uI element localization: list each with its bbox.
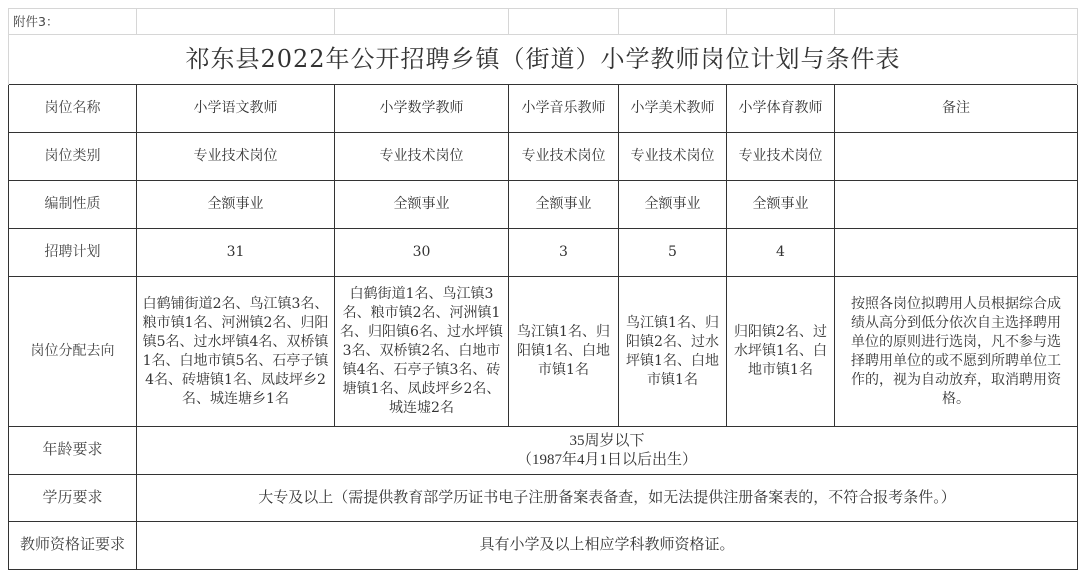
table-row-position-category: 岗位类别 专业技术岗位 专业技术岗位 专业技术岗位 专业技术岗位 专业技术岗位 bbox=[9, 133, 1078, 181]
table-cell: 鸟江镇1名、归阳镇1名、白地市镇1名 bbox=[509, 277, 619, 427]
table-cell: 5 bbox=[619, 229, 727, 277]
table-cell: 全额事业 bbox=[509, 181, 619, 229]
empty-cell bbox=[619, 9, 727, 35]
title-row: 祁东县2022年公开招聘乡镇（街道）小学教师岗位计划与条件表 bbox=[9, 35, 1078, 85]
row-label: 编制性质 bbox=[9, 181, 137, 229]
remark-note: 按照各岗位拟聘用人员根据综合成绩从高分到低分依次自主选择聘用单位的原则进行选岗，… bbox=[835, 277, 1078, 427]
recruitment-table: 附件3： 祁东县2022年公开招聘乡镇（街道）小学教师岗位计划与条件表 岗位名称… bbox=[8, 8, 1078, 570]
certificate-requirement-value: 具有小学及以上相应学科教师资格证。 bbox=[137, 522, 1078, 570]
table-cell: 31 bbox=[137, 229, 335, 277]
remark-cell bbox=[835, 181, 1078, 229]
cell-music-teacher: 小学音乐教师 bbox=[509, 85, 619, 133]
table-cell: 全额事业 bbox=[619, 181, 727, 229]
cell-math-teacher: 小学数学教师 bbox=[335, 85, 509, 133]
education-requirement-value: 大专及以上（需提供教育部学历证书电子注册备案表备查，如无法提供注册备案表的，不符… bbox=[137, 475, 1078, 522]
empty-cell bbox=[335, 9, 509, 35]
table-cell: 归阳镇2名、过水坪镇1名、白地市镇1名 bbox=[727, 277, 835, 427]
age-requirement-value: 35周岁以下 （1987年4月1日以后出生） bbox=[137, 427, 1078, 475]
attachment-row: 附件3： bbox=[9, 9, 1078, 35]
table-cell: 30 bbox=[335, 229, 509, 277]
birth-date-limit: （1987年4月1日以后出生） bbox=[141, 451, 1073, 470]
cell-art-teacher: 小学美术教师 bbox=[619, 85, 727, 133]
table-cell: 全额事业 bbox=[727, 181, 835, 229]
table-row-education-requirement: 学历要求 大专及以上（需提供教育部学历证书电子注册备案表备查，如无法提供注册备案… bbox=[9, 475, 1078, 522]
table-cell: 全额事业 bbox=[137, 181, 335, 229]
age-limit: 35周岁以下 bbox=[141, 432, 1073, 451]
row-label: 岗位类别 bbox=[9, 133, 137, 181]
table-cell: 白鹤铺街道2名、鸟江镇3名、粮市镇1名、河洲镇2名、归阳镇5名、过水坪镇4名、双… bbox=[137, 277, 335, 427]
empty-cell bbox=[137, 9, 335, 35]
cell-pe-teacher: 小学体育教师 bbox=[727, 85, 835, 133]
table-cell: 全额事业 bbox=[335, 181, 509, 229]
table-cell: 专业技术岗位 bbox=[619, 133, 727, 181]
attachment-label: 附件3： bbox=[9, 9, 137, 35]
remark-header: 备注 bbox=[835, 85, 1078, 133]
table-cell: 专业技术岗位 bbox=[137, 133, 335, 181]
row-label: 年龄要求 bbox=[9, 427, 137, 475]
empty-cell bbox=[727, 9, 835, 35]
page-title: 祁东县2022年公开招聘乡镇（街道）小学教师岗位计划与条件表 bbox=[9, 35, 1078, 85]
table-cell: 鸟江镇1名、归阳镇2名、过水坪镇1名、白地市镇1名 bbox=[619, 277, 727, 427]
empty-cell bbox=[835, 9, 1078, 35]
row-label: 教师资格证要求 bbox=[9, 522, 137, 570]
remark-cell bbox=[835, 133, 1078, 181]
recruitment-table-sheet: 附件3： 祁东县2022年公开招聘乡镇（街道）小学教师岗位计划与条件表 岗位名称… bbox=[8, 8, 1077, 570]
table-row-assignment: 岗位分配去向 白鹤铺街道2名、鸟江镇3名、粮市镇1名、河洲镇2名、归阳镇5名、过… bbox=[9, 277, 1078, 427]
table-row-age-requirement: 年龄要求 35周岁以下 （1987年4月1日以后出生） bbox=[9, 427, 1078, 475]
row-label: 招聘计划 bbox=[9, 229, 137, 277]
table-row-hiring-plan: 招聘计划 31 30 3 5 4 bbox=[9, 229, 1078, 277]
table-cell: 专业技术岗位 bbox=[335, 133, 509, 181]
table-cell: 白鹤街道1名、鸟江镇3名、粮市镇2名、河洲镇1名、归阳镇6名、过水坪镇3名、双桥… bbox=[335, 277, 509, 427]
cell-chinese-teacher: 小学语文教师 bbox=[137, 85, 335, 133]
remark-cell bbox=[835, 229, 1078, 277]
empty-cell bbox=[509, 9, 619, 35]
table-cell: 专业技术岗位 bbox=[509, 133, 619, 181]
table-row-certificate-requirement: 教师资格证要求 具有小学及以上相应学科教师资格证。 bbox=[9, 522, 1078, 570]
table-cell: 3 bbox=[509, 229, 619, 277]
table-row-staffing-type: 编制性质 全额事业 全额事业 全额事业 全额事业 全额事业 bbox=[9, 181, 1078, 229]
row-label: 岗位名称 bbox=[9, 85, 137, 133]
row-label: 岗位分配去向 bbox=[9, 277, 137, 427]
table-row-position-name: 岗位名称 小学语文教师 小学数学教师 小学音乐教师 小学美术教师 小学体育教师 … bbox=[9, 85, 1078, 133]
row-label: 学历要求 bbox=[9, 475, 137, 522]
table-cell: 专业技术岗位 bbox=[727, 133, 835, 181]
table-cell: 4 bbox=[727, 229, 835, 277]
